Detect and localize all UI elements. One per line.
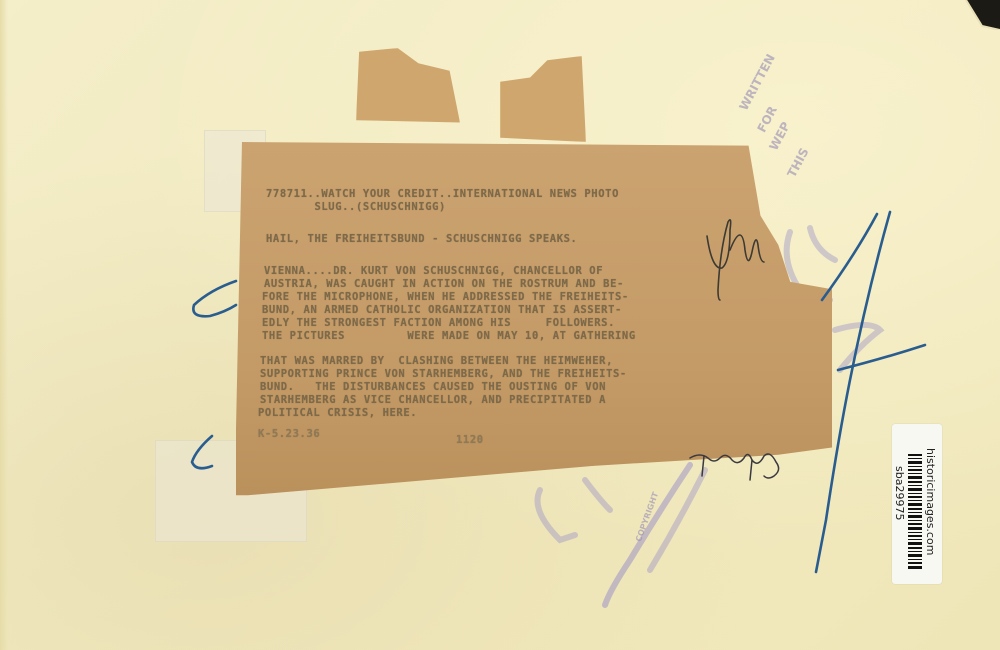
label-site: historicimages.com xyxy=(924,448,937,555)
label-sku: sba29975 xyxy=(893,466,906,520)
inventory-label: historicimages.com sba29975 xyxy=(892,424,942,584)
handwritten-initials xyxy=(707,220,764,300)
pen-marks xyxy=(0,0,1000,650)
barcode-icon xyxy=(908,454,922,570)
handwritten-signature xyxy=(690,454,779,480)
